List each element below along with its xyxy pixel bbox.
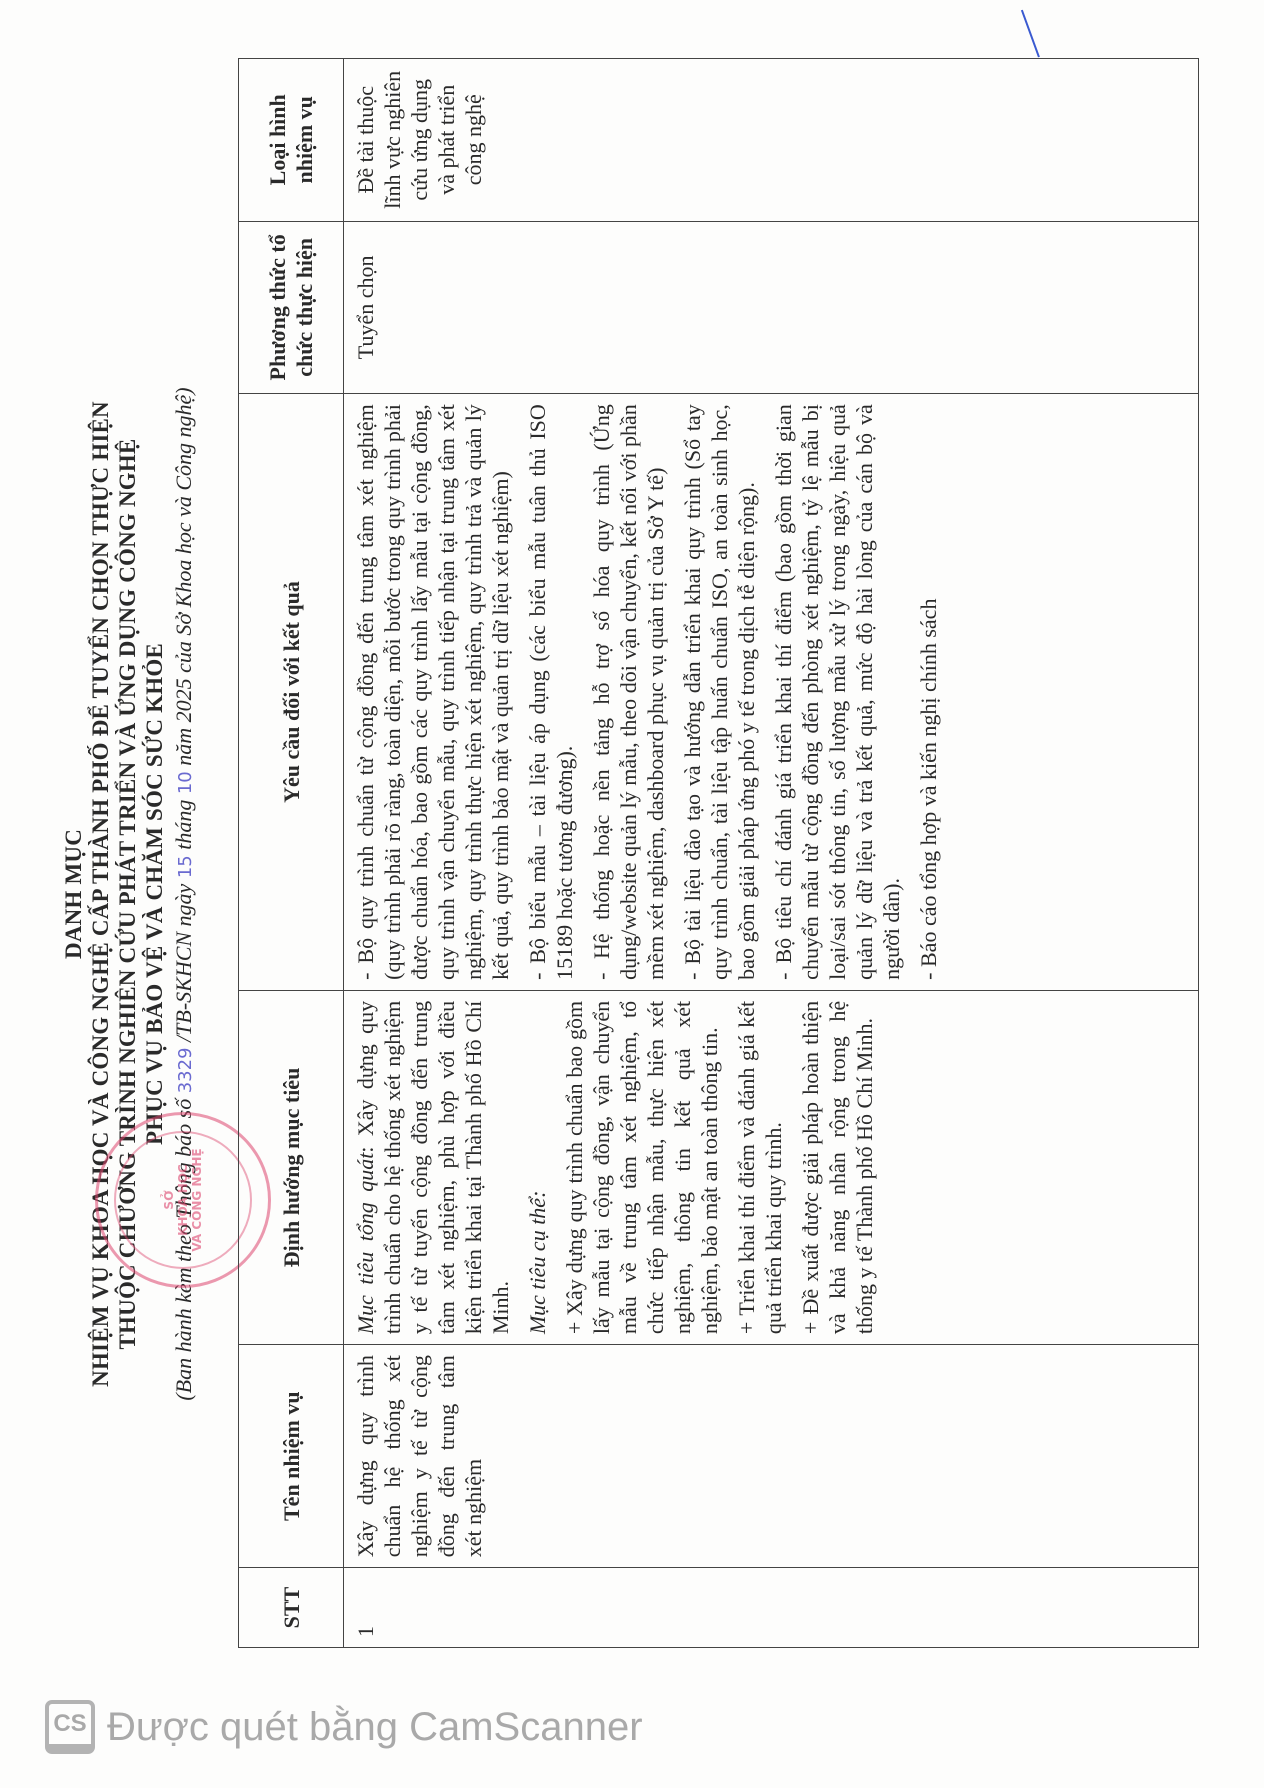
title-danh-muc: DANH MỤC (60, 0, 87, 1788)
specific-goal-label: Mục tiêu cụ thể: (524, 1001, 551, 1334)
col-header-requirements: Yêu cầu đối với kết quả (239, 394, 344, 991)
issuance-suffix: năm 2025 của Sở Khoa học và Công nghệ) (171, 387, 196, 771)
requirement-item: - Bộ tài liệu đào tạo và hướng dẫn triển… (679, 404, 760, 980)
col-header-stt: STT (239, 1568, 344, 1648)
requirement-item: - Bộ quy trình chuẩn từ cộng đồng đến tr… (352, 404, 514, 980)
handwritten-notice-number: 3329 (175, 1047, 196, 1093)
col-header-task-type: Loại hình nhiệm vụ (239, 59, 344, 222)
col-header-implementation-mode: Phương thức tổ chức thực hiện (239, 221, 344, 394)
document-header: DANH MỤC NHIỆM VỤ KHOA HỌC VÀ CÔNG NGHỆ … (60, 0, 200, 1788)
specific-goal-item: + Đề xuất được giải pháp hoàn thiện và k… (797, 1001, 878, 1334)
document-page: DANH MỤC NHIỆM VỤ KHOA HỌC VÀ CÔNG NGHỆ … (0, 0, 1264, 1788)
general-goal-label: Mục tiêu tổng quát (353, 1153, 378, 1334)
issuance-prefix: (Ban hành kèm theo Thông báo số (171, 1093, 196, 1400)
table-row: 1 Xây dựng quy trình chuẩn hệ thống xét … (344, 59, 1199, 1648)
col-header-goal: Định hướng mục tiêu (239, 990, 344, 1344)
table-header-row: STT Tên nhiệm vụ Định hướng mục tiêu Yêu… (239, 59, 344, 1648)
camscanner-watermark: CS Được quét bằng CamScanner (45, 1700, 643, 1754)
issuance-mid-2: tháng (171, 794, 196, 855)
watermark-text: Được quét bằng CamScanner (107, 1705, 643, 1750)
cell-implementation-mode: Tuyển chọn (344, 221, 1199, 394)
cell-requirements: - Bộ quy trình chuẩn từ cộng đồng đến tr… (344, 394, 1199, 991)
title-line-4: PHỤC VỤ BẢO VỆ VÀ CHĂM SÓC SỨC KHỎE (141, 0, 168, 1788)
title-line-3: THUỘC CHƯƠNG TRÌNH NGHIÊN CỨU PHÁT TRIỂN… (114, 0, 141, 1788)
requirement-item: - Bộ tiêu chí đánh giá triển khai thí đi… (770, 404, 905, 980)
col-header-task-name: Tên nhiệm vụ (239, 1345, 344, 1568)
issuance-note: (Ban hành kèm theo Thông báo số 3329 /TB… (170, 0, 200, 1788)
requirement-item: - Báo cáo tổng hợp và kiến nghị chính sá… (915, 404, 942, 980)
cell-task-name: Xây dựng quy trình chuẩn hệ thống xét ng… (344, 1345, 1199, 1568)
specific-goal-item: + Xây dựng quy trình chuẩn bao gồm lấy m… (561, 1001, 723, 1334)
requirement-item: - Hệ thống hoặc nền tảng hỗ trợ số hóa q… (588, 404, 669, 980)
issuance-mid-1: /TB-SKHCN ngày (171, 878, 196, 1047)
cell-task-type: Đề tài thuộc lĩnh vực nghiên cứu ứng dụn… (344, 59, 1199, 222)
title-line-2: NHIỆM VỤ KHOA HỌC VÀ CÔNG NGHỆ CẤP THÀNH… (87, 0, 114, 1788)
requirement-item: - Bộ biểu mẫu – tài liệu áp dụng (các bi… (524, 404, 578, 980)
task-list-table: STT Tên nhiệm vụ Định hướng mục tiêu Yêu… (238, 58, 1199, 1648)
camscanner-logo-icon: CS (45, 1700, 95, 1754)
handwritten-month: 10 (175, 771, 196, 794)
cell-stt: 1 (344, 1568, 1199, 1648)
handwritten-day: 15 (175, 855, 196, 878)
cell-goal: Mục tiêu tổng quát: Xây dựng quy trình c… (344, 990, 1199, 1344)
specific-goal-item: + Triển khai thí điểm và đánh giá kết qu… (733, 1001, 787, 1334)
